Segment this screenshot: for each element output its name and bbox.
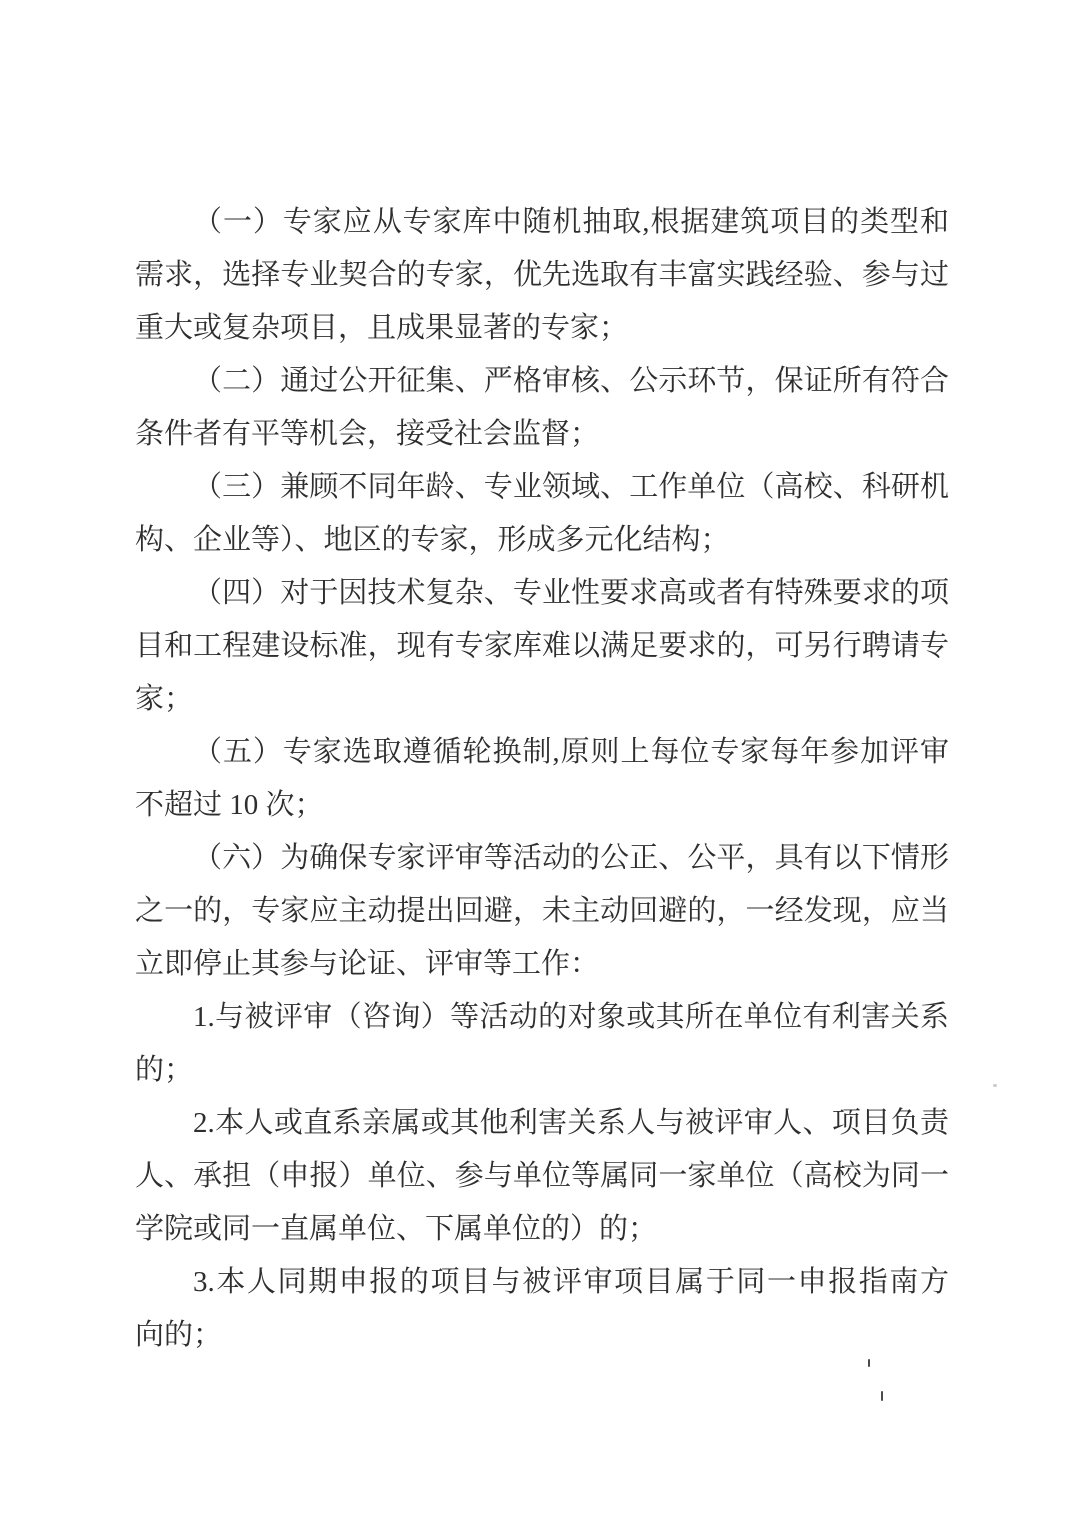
text-line: 人、承担（申报）单位、参与单位等属同一家单位（高校为同一 — [135, 1150, 949, 1203]
document-body: （一）专家应从专家库中随机抽取,根据建筑项目的类型和需求，选择专业契合的专家，优… — [135, 196, 949, 1362]
document-page: （一）专家应从专家库中随机抽取,根据建筑项目的类型和需求，选择专业契合的专家，优… — [0, 0, 1080, 1527]
text-line: 构、企业等）、地区的专家，形成多元化结构； — [135, 514, 949, 567]
text-line: （二）通过公开征集、严格审核、公示环节，保证所有符合 — [135, 355, 949, 408]
text-line: （五）专家选取遵循轮换制,原则上每位专家每年参加评审 — [135, 726, 949, 779]
text-line: 家； — [135, 673, 949, 726]
text-line: 重大或复杂项目，且成果显著的专家； — [135, 302, 949, 355]
text-line: 立即停止其参与论证、评审等工作： — [135, 938, 949, 991]
text-line: 需求，选择专业契合的专家，优先选取有丰富实践经验、参与过 — [135, 249, 949, 302]
text-line: （一）专家应从专家库中随机抽取,根据建筑项目的类型和 — [135, 196, 949, 249]
text-line: （三）兼顾不同年龄、专业领域、工作单位（高校、科研机 — [135, 461, 949, 514]
text-line: 2.本人或直系亲属或其他利害关系人与被评审人、项目负责 — [135, 1097, 949, 1150]
text-line: 学院或同一直属单位、下属单位的）的； — [135, 1203, 949, 1256]
text-line: 3.本人同期申报的项目与被评审项目属于同一申报指南方 — [135, 1256, 949, 1309]
text-line: 不超过 10 次； — [135, 779, 949, 832]
text-line: 目和工程建设标准，现有专家库难以满足要求的，可另行聘请专 — [135, 620, 949, 673]
text-line: 的； — [135, 1044, 949, 1097]
text-line: 1.与被评审（咨询）等活动的对象或其所在单位有利害关系 — [135, 991, 949, 1044]
text-line: 之一的，专家应主动提出回避，未主动回避的，一经发现，应当 — [135, 885, 949, 938]
text-line: （四）对于因技术复杂、专业性要求高或者有特殊要求的项 — [135, 567, 949, 620]
text-line: （六）为确保专家评审等活动的公正、公平，具有以下情形 — [135, 832, 949, 885]
scan-speck-faint — [993, 1084, 997, 1087]
scan-speck — [868, 1359, 870, 1367]
scan-speck — [881, 1391, 883, 1401]
text-line: 向的； — [135, 1309, 949, 1362]
text-line: 条件者有平等机会，接受社会监督； — [135, 408, 949, 461]
